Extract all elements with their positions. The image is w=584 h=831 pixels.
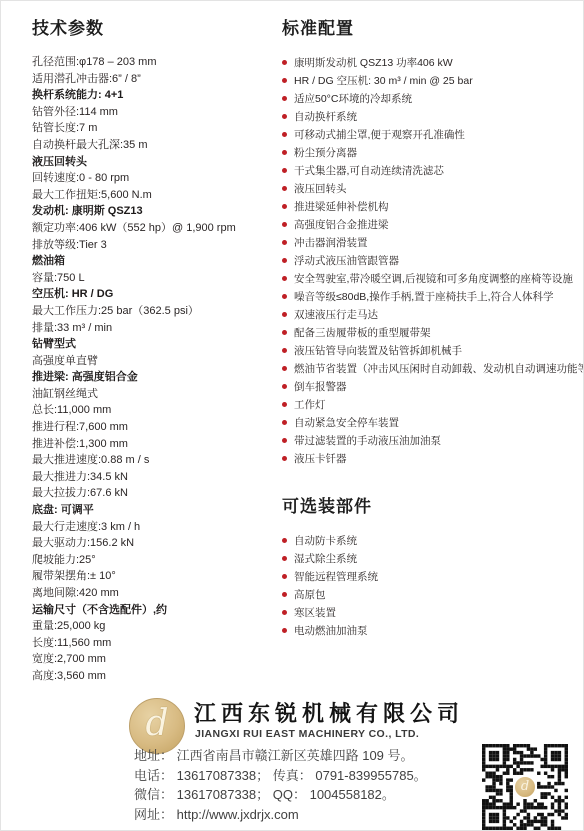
contact-line: 网址： http://www.jxdrjx.com <box>134 805 427 825</box>
config-item-label: 双速液压行走马达 <box>294 306 378 324</box>
config-item-label: 倒车报警器 <box>294 378 347 396</box>
config-item: 噪音等级≤80dB,操作手柄,置于座椅扶手上,符合人体科学 <box>282 288 576 306</box>
qr-code: d <box>482 744 568 830</box>
config-item: 自动紧急安全停车装置 <box>282 414 576 432</box>
bullet-icon <box>282 294 287 299</box>
spec-line: 额定功率:406 kW（552 hp）@ 1,900 rpm <box>32 220 280 237</box>
contact-info: 地址： 江西省南昌市赣江新区英雄四路 109 号。 电话： 1361708733… <box>134 746 427 824</box>
spec-line: 最大推进速度:0.88 m / s <box>32 452 280 469</box>
config-item-label: 燃油节省装置（冲击风压闲时自动卸载、发动机自动调速功能等） <box>294 360 584 378</box>
bullet-icon <box>282 276 287 281</box>
spec-line: 自动换杆最大孔深:35 m <box>32 137 280 154</box>
config-item: 自动换杆系统 <box>282 108 576 126</box>
bullet-icon <box>282 258 287 263</box>
standard-config-title: 标准配置 <box>282 14 576 39</box>
bullet-icon <box>282 330 287 335</box>
config-item: 粉尘预分离器 <box>282 144 576 162</box>
bullet-icon <box>282 60 287 65</box>
technical-parameters-list: 孔径范围:φ178 – 203 mm 适用潜孔冲击器:6” / 8” 换杆系统能… <box>32 54 280 685</box>
config-item-label: 干式集尘器,可自动连续清洗滤芯 <box>294 162 444 180</box>
optional-item-label: 湿式除尘系统 <box>294 550 357 568</box>
contact-line: 地址： 江西省南昌市赣江新区英雄四路 109 号。 <box>134 746 427 766</box>
qr-logo-letter: d <box>521 780 529 793</box>
optional-item: 自动防卡系统 <box>282 532 576 550</box>
spec-sheet-page: 技术参数 孔径范围:φ178 – 203 mm 适用潜孔冲击器:6” / 8” … <box>0 0 584 831</box>
optional-item: 寒区装置 <box>282 604 576 622</box>
config-item: 液压回转头 <box>282 180 576 198</box>
company-name-en: JIANGXI RUI EAST MACHINERY CO., LTD. <box>195 728 419 740</box>
optional-item-label: 电动燃油加油泵 <box>294 622 368 640</box>
config-item: 安全驾驶室,带冷暖空调,后视镜和可多角度调整的座椅等设施 <box>282 270 576 288</box>
config-item-label: 可移动式捕尘罩,便于观察开孔准确性 <box>294 126 465 144</box>
config-item: 推进梁延伸补偿机构 <box>282 198 576 216</box>
config-item: 液压钻管导向装置及钻管拆卸机械手 <box>282 342 576 360</box>
bullet-icon <box>282 240 287 245</box>
config-item: 带过滤装置的手动液压油加油泵 <box>282 432 576 450</box>
bullet-icon <box>282 204 287 209</box>
spec-line: 孔径范围:φ178 – 203 mm <box>32 54 280 71</box>
config-item-label: 自动紧急安全停车装置 <box>294 414 399 432</box>
bullet-icon <box>282 438 287 443</box>
qr-center-logo-icon: d <box>514 776 536 798</box>
bullet-icon <box>282 222 287 227</box>
spec-line: 最大工作扭矩:5,600 N.m <box>32 187 280 204</box>
optional-item-label: 高原包 <box>294 586 326 604</box>
spec-line: 最大推进力:34.5 kN <box>32 469 280 486</box>
config-item-label: 液压卡钎器 <box>294 450 347 468</box>
bullet-icon <box>282 150 287 155</box>
spec-line: 空压机: HR / DG <box>32 286 280 303</box>
bullet-icon <box>282 628 287 633</box>
bullet-icon <box>282 574 287 579</box>
config-item: 配备三齿履带板的重型履带架 <box>282 324 576 342</box>
bullet-icon <box>282 168 287 173</box>
spec-line: 油缸钢丝绳式 <box>32 386 280 403</box>
config-item-label: 自动换杆系统 <box>294 108 357 126</box>
bullet-icon <box>282 402 287 407</box>
spec-line: 离地间隙:420 mm <box>32 585 280 602</box>
spec-line: 推进行程:7,600 mm <box>32 419 280 436</box>
optional-item-label: 智能远程管理系统 <box>294 568 378 586</box>
config-item-label: HR / DG 空压机: 30 m³ / min @ 25 bar <box>294 72 473 90</box>
config-item-label: 康明斯发动机 QSZ13 功率406 kW <box>294 54 453 72</box>
spec-line: 排量:33 m³ / min <box>32 320 280 337</box>
config-item-label: 浮动式液压油管跟管器 <box>294 252 399 270</box>
config-item: 干式集尘器,可自动连续清洗滤芯 <box>282 162 576 180</box>
footer: d 江西东锐机械有限公司 JIANGXI RUI EAST MACHINERY … <box>1 689 584 831</box>
spec-line: 推进梁: 高强度铝合金 <box>32 369 280 386</box>
optional-item-label: 自动防卡系统 <box>294 532 357 550</box>
bullet-icon <box>282 186 287 191</box>
spec-line: 最大行走速度:3 km / h <box>32 519 280 536</box>
optional-item: 湿式除尘系统 <box>282 550 576 568</box>
config-item: 液压卡钎器 <box>282 450 576 468</box>
configuration-column: 标准配置 康明斯发动机 QSZ13 功率406 kW HR / DG 空压机: … <box>282 14 576 640</box>
spec-line: 最大拉拔力:67.6 kN <box>32 485 280 502</box>
config-item-label: 带过滤装置的手动液压油加油泵 <box>294 432 441 450</box>
bullet-icon <box>282 114 287 119</box>
bullet-icon <box>282 556 287 561</box>
spec-line: 最大驱动力:156.2 kN <box>32 535 280 552</box>
config-item-label: 噪音等级≤80dB,操作手柄,置于座椅扶手上,符合人体科学 <box>294 288 554 306</box>
spec-line: 高度:3,560 mm <box>32 668 280 685</box>
optional-item: 智能远程管理系统 <box>282 568 576 586</box>
spec-line: 回转速度:0 - 80 rpm <box>32 170 280 187</box>
spec-line: 换杆系统能力: 4+1 <box>32 87 280 104</box>
optional-item-label: 寒区装置 <box>294 604 336 622</box>
optional-parts-list: 自动防卡系统 湿式除尘系统 智能远程管理系统 高原包 <box>282 532 576 640</box>
spec-line: 钻管外径:114 mm <box>32 104 280 121</box>
optional-item: 电动燃油加油泵 <box>282 622 576 640</box>
spec-line: 适用潜孔冲击器:6” / 8” <box>32 71 280 88</box>
config-item-label: 推进梁延伸补偿机构 <box>294 198 389 216</box>
standard-config-list: 康明斯发动机 QSZ13 功率406 kW HR / DG 空压机: 30 m³… <box>282 54 576 468</box>
logo-letter: d <box>145 706 168 742</box>
technical-parameters-title: 技术参数 <box>32 14 280 39</box>
optional-item: 高原包 <box>282 586 576 604</box>
bullet-icon <box>282 456 287 461</box>
spec-line: 发动机: 康明斯 QSZ13 <box>32 203 280 220</box>
config-item: 双速液压行走马达 <box>282 306 576 324</box>
config-item-label: 安全驾驶室,带冷暖空调,后视镜和可多角度调整的座椅等设施 <box>294 270 573 288</box>
config-item-label: 工作灯 <box>294 396 326 414</box>
spec-line: 燃油箱 <box>32 253 280 270</box>
contact-line: 微信： 13617087338； QQ： 1004558182。 <box>134 785 427 805</box>
config-item-label: 液压回转头 <box>294 180 347 198</box>
bullet-icon <box>282 592 287 597</box>
spec-line: 钻管长度:7 m <box>32 120 280 137</box>
config-item-label: 液压钻管导向装置及钻管拆卸机械手 <box>294 342 462 360</box>
spec-line: 容量:750 L <box>32 270 280 287</box>
spec-line: 运输尺寸（不含选配件）,约 <box>32 602 280 619</box>
contact-line: 电话： 13617087338； 传真： 0791-839955785。 <box>134 766 427 786</box>
spec-line: 宽度:2,700 mm <box>32 651 280 668</box>
spec-line: 液压回转头 <box>32 154 280 171</box>
spec-line: 推进补偿:1,300 mm <box>32 436 280 453</box>
config-item-label: 高强度铝合金推进梁 <box>294 216 389 234</box>
optional-parts-title: 可选装部件 <box>282 492 576 517</box>
spec-line: 排放等级:Tier 3 <box>32 237 280 254</box>
spec-line: 重量:25,000 kg <box>32 618 280 635</box>
spec-line: 最大工作压力:25 bar（362.5 psi） <box>32 303 280 320</box>
config-item: 康明斯发动机 QSZ13 功率406 kW <box>282 54 576 72</box>
technical-parameters-section: 技术参数 孔径范围:φ178 – 203 mm 适用潜孔冲击器:6” / 8” … <box>32 14 280 685</box>
spec-line: 爬坡能力:25° <box>32 552 280 569</box>
spec-line: 长度:11,560 mm <box>32 635 280 652</box>
spec-line: 底盘: 可调平 <box>32 502 280 519</box>
config-item: HR / DG 空压机: 30 m³ / min @ 25 bar <box>282 72 576 90</box>
bullet-icon <box>282 366 287 371</box>
config-item: 高强度铝合金推进梁 <box>282 216 576 234</box>
config-item-label: 适应50°C环境的冷却系统 <box>294 90 412 108</box>
spec-line: 总长:11,000 mm <box>32 402 280 419</box>
config-item: 倒车报警器 <box>282 378 576 396</box>
config-item: 浮动式液压油管跟管器 <box>282 252 576 270</box>
config-item: 适应50°C环境的冷却系统 <box>282 90 576 108</box>
bullet-icon <box>282 132 287 137</box>
bullet-icon <box>282 96 287 101</box>
bullet-icon <box>282 312 287 317</box>
config-item-label: 配备三齿履带板的重型履带架 <box>294 324 431 342</box>
config-item: 冲击器润滑装置 <box>282 234 576 252</box>
config-item: 工作灯 <box>282 396 576 414</box>
config-item: 可移动式捕尘罩,便于观察开孔准确性 <box>282 126 576 144</box>
bullet-icon <box>282 610 287 615</box>
config-item: 燃油节省装置（冲击风压闲时自动卸载、发动机自动调速功能等） <box>282 360 576 378</box>
bullet-icon <box>282 78 287 83</box>
company-name-cn: 江西东锐机械有限公司 <box>194 697 464 728</box>
bullet-icon <box>282 348 287 353</box>
bullet-icon <box>282 384 287 389</box>
spec-line: 高强度单直臂 <box>32 353 280 370</box>
bullet-icon <box>282 420 287 425</box>
config-item-label: 冲击器润滑装置 <box>294 234 368 252</box>
spec-line: 履带架摆角:± 10° <box>32 568 280 585</box>
bullet-icon <box>282 538 287 543</box>
spec-line: 钻臂型式 <box>32 336 280 353</box>
config-item-label: 粉尘预分离器 <box>294 144 357 162</box>
